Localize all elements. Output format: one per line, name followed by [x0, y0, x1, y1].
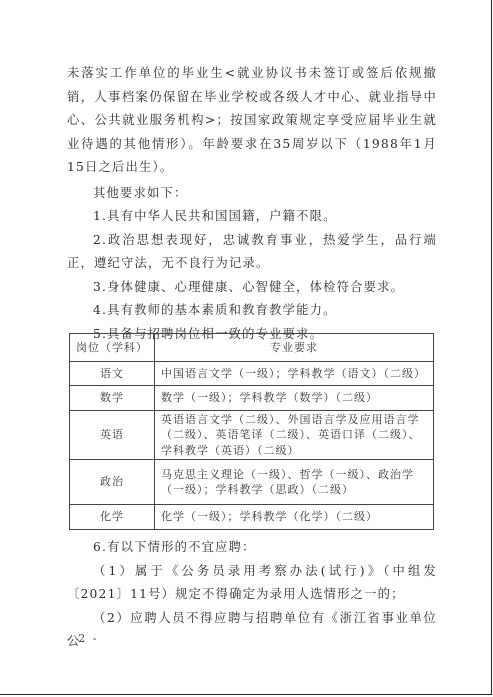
subject-cell: 英语 — [70, 411, 155, 460]
major-cell: 化学（一级）；学科教学（化学）（二级） — [155, 505, 434, 530]
table-row: 政治 马克思主义理论（一级）、哲学（一级）、政治学（一级）；学科教学（思政）（二… — [70, 460, 434, 505]
table-row: 语文 中国语言文学（一级）；学科教学（语文）（二级） — [70, 362, 434, 386]
subject-cell: 政治 — [70, 460, 155, 505]
major-requirements-table: 岗位（学科） 专业要求 语文 中国语言文学（一级）；学科教学（语文）（二级） 数… — [69, 333, 434, 530]
item-6-sub-2: （2）应聘人员不得应聘与招聘单位有《浙江省事业单位公 — [67, 607, 437, 654]
header-subject: 岗位（学科） — [70, 334, 155, 362]
document-body: 未落实工作单位的毕业生<就业协议书未签订或签后依规撤销，人事档案仍保留在毕业学校… — [67, 62, 437, 346]
requirement-3: 3.身体健康、心理健康、心智健全，体检符合要求。 — [67, 276, 437, 300]
table-row: 数学 数学（一级）；学科教学（数学）（二级） — [70, 386, 434, 411]
subject-cell: 数学 — [70, 386, 155, 411]
table-header-row: 岗位（学科） 专业要求 — [70, 334, 434, 362]
subject-cell: 语文 — [70, 362, 155, 386]
table-row: 英语 英语语言文学（二级）、外国语言学及应用语言学（二级）、英语笔译（二级）、英… — [70, 411, 434, 460]
major-cell: 马克思主义理论（一级）、哲学（一级）、政治学（一级）；学科教学（思政）（二级） — [155, 460, 434, 505]
document-body-continued: 6.有以下情形的不宜应聘： （1）属于《公务员录用考察办法(试行)》（中组发〔2… — [67, 536, 437, 654]
major-cell: 中国语言文学（一级）；学科教学（语文）（二级） — [155, 362, 434, 386]
subject-cell: 化学 — [70, 505, 155, 530]
other-requirements-heading: 其他要求如下： — [67, 182, 437, 206]
requirement-1: 1.具有中华人民共和国国籍，户籍不限。 — [67, 205, 437, 229]
header-major: 专业要求 — [155, 334, 434, 362]
item-6-heading: 6.有以下情形的不宜应聘： — [67, 536, 437, 560]
item-6-sub-1: （1）属于《公务员录用考察办法(试行)》（中组发〔2021〕11号）规定不得确定… — [67, 560, 437, 607]
requirement-2: 2.政治思想表现好，忠诚教育事业，热爱学生，品行端正，遵纪守法，无不良行为记录。 — [67, 229, 437, 276]
major-cell: 英语语言文学（二级）、外国语言学及应用语言学（二级）、英语笔译（二级）、英语口译… — [155, 411, 434, 460]
page-number: - 2 - — [67, 632, 98, 645]
intro-paragraph: 未落实工作单位的毕业生<就业协议书未签订或签后依规撤销，人事档案仍保留在毕业学校… — [67, 62, 437, 180]
requirement-4: 4.具有教师的基本素质和教育教学能力。 — [67, 299, 437, 323]
table-row: 化学 化学（一级）；学科教学（化学）（二级） — [70, 505, 434, 530]
major-cell: 数学（一级）；学科教学（数学）（二级） — [155, 386, 434, 411]
